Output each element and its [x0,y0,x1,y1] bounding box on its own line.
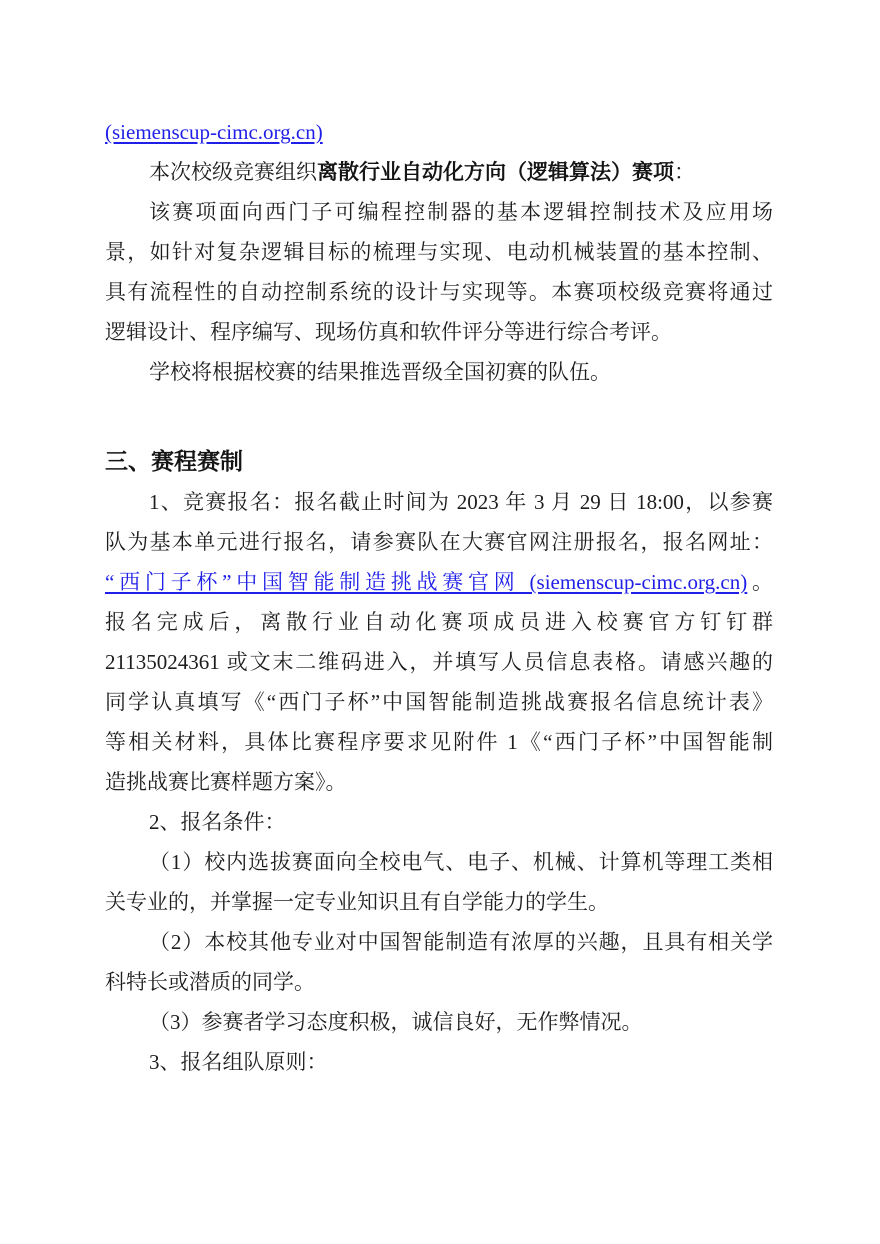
text-line: 关专业的，并掌握一定专业知识且有自学能力的学生。 [105,882,773,922]
text-run: 1、竞赛报名：报名截止时间为 2023 年 3 月 29 日 18:00，以参赛 [149,490,773,514]
text-run: 报名完成后，离散行业自动化赛项成员进入校赛官方钉钉群 [105,610,773,634]
text-line: 本次校级竞赛组织离散行业自动化方向（逻辑算法）赛项： [105,152,773,192]
text-line: 同学认真填写《“西门子杯”中国智能制造挑战赛报名信息统计表》 [105,682,773,722]
text-line: 景，如针对复杂逻辑目标的梳理与实现、电动机械装置的基本控制、 [105,232,773,272]
text-run: 同学认真填写《“西门子杯”中国智能制造挑战赛报名信息统计表》 [105,690,773,714]
text-run: 2、报名条件： [149,810,286,834]
text-run: 该赛项面向西门子可编程控制器的基本逻辑控制技术及应用场 [149,200,773,224]
text-run: （3）参赛者学习态度积极，诚信良好，无作弊情况。 [149,1010,643,1034]
document-content: (siemenscup-cimc.org.cn)本次校级竞赛组织离散行业自动化方… [105,112,773,1082]
text-run: 等相关材料，具体比赛程序要求见附件 1《“西门子杯”中国智能制 [105,730,773,754]
text-run: 造挑战赛比赛样题方案》。 [105,770,347,794]
bold-text-run: 三、赛程赛制 [105,449,243,474]
text-run: 逻辑设计、程序编写、现场仿真和软件评分等进行综合考评。 [105,320,672,344]
text-line: 学校将根据校赛的结果推选晋级全国初赛的队伍。 [105,352,773,392]
text-line: （2）本校其他专业对中国智能制造有浓厚的兴趣，且具有相关学 [105,922,773,962]
text-run: 3、报名组队原则： [149,1050,328,1074]
text-line: 科特长或潜质的同学。 [105,962,773,1002]
text-run: 具有流程性的自动控制系统的设计与实现等。本赛项校级竞赛将通过 [105,280,773,304]
text-line: 报名完成后，离散行业自动化赛项成员进入校赛官方钉钉群 [105,602,773,642]
text-line: 逻辑设计、程序编写、现场仿真和软件评分等进行综合考评。 [105,312,773,352]
text-line: （1）校内选拔赛面向全校电气、电子、机械、计算机等理工类相 [105,842,773,882]
text-run: 21135024361 或文末二维码进入，并填写人员信息表格。请感兴趣的 [105,650,773,674]
section-heading: 三、赛程赛制 [105,442,773,482]
text-line: “西门子杯”中国智能制造挑战赛官网 (siemenscup-cimc.org.c… [105,562,773,602]
text-run: 队为基本单元进行报名，请参赛队在大赛官网注册报名，报名网址： [105,530,773,554]
text-run: 科特长或潜质的同学。 [105,970,315,994]
text-line: 等相关材料，具体比赛程序要求见附件 1《“西门子杯”中国智能制 [105,722,773,762]
text-line: 1、竞赛报名：报名截止时间为 2023 年 3 月 29 日 18:00，以参赛 [105,482,773,522]
text-line: 具有流程性的自动控制系统的设计与实现等。本赛项校级竞赛将通过 [105,272,773,312]
text-line: （3）参赛者学习态度积极，诚信良好，无作弊情况。 [105,1002,773,1042]
text-run: 本次校级竞赛组织 [149,160,317,184]
official-website-link[interactable]: “西门子杯”中国智能制造挑战赛官网 (siemenscup-cimc.org.c… [105,570,747,594]
text-line: 3、报名组队原则： [105,1042,773,1082]
document-page: (siemenscup-cimc.org.cn)本次校级竞赛组织离散行业自动化方… [0,0,880,1244]
text-line: 队为基本单元进行报名，请参赛队在大赛官网注册报名，报名网址： [105,522,773,562]
text-run: 关专业的，并掌握一定专业知识且有自学能力的学生。 [105,890,609,914]
text-run: （2）本校其他专业对中国智能制造有浓厚的兴趣，且具有相关学 [149,930,773,954]
text-line: 该赛项面向西门子可编程控制器的基本逻辑控制技术及应用场 [105,192,773,232]
text-run: （1）校内选拔赛面向全校电气、电子、机械、计算机等理工类相 [149,850,773,874]
text-line: 21135024361 或文末二维码进入，并填写人员信息表格。请感兴趣的 [105,642,773,682]
text-run: 学校将根据校赛的结果推选晋级全国初赛的队伍。 [149,360,611,384]
blank-line [105,392,773,432]
bold-text-run: 离散行业自动化方向（逻辑算法）赛项 [317,160,674,184]
text-run: 。 [747,570,773,594]
text-line: 2、报名条件： [105,802,773,842]
text-line: (siemenscup-cimc.org.cn) [105,112,773,152]
text-line: 造挑战赛比赛样题方案》。 [105,762,773,802]
registration-url-link[interactable]: (siemenscup-cimc.org.cn) [105,120,323,144]
text-run: ： [674,160,695,184]
text-run: 景，如针对复杂逻辑目标的梳理与实现、电动机械装置的基本控制、 [105,240,773,264]
